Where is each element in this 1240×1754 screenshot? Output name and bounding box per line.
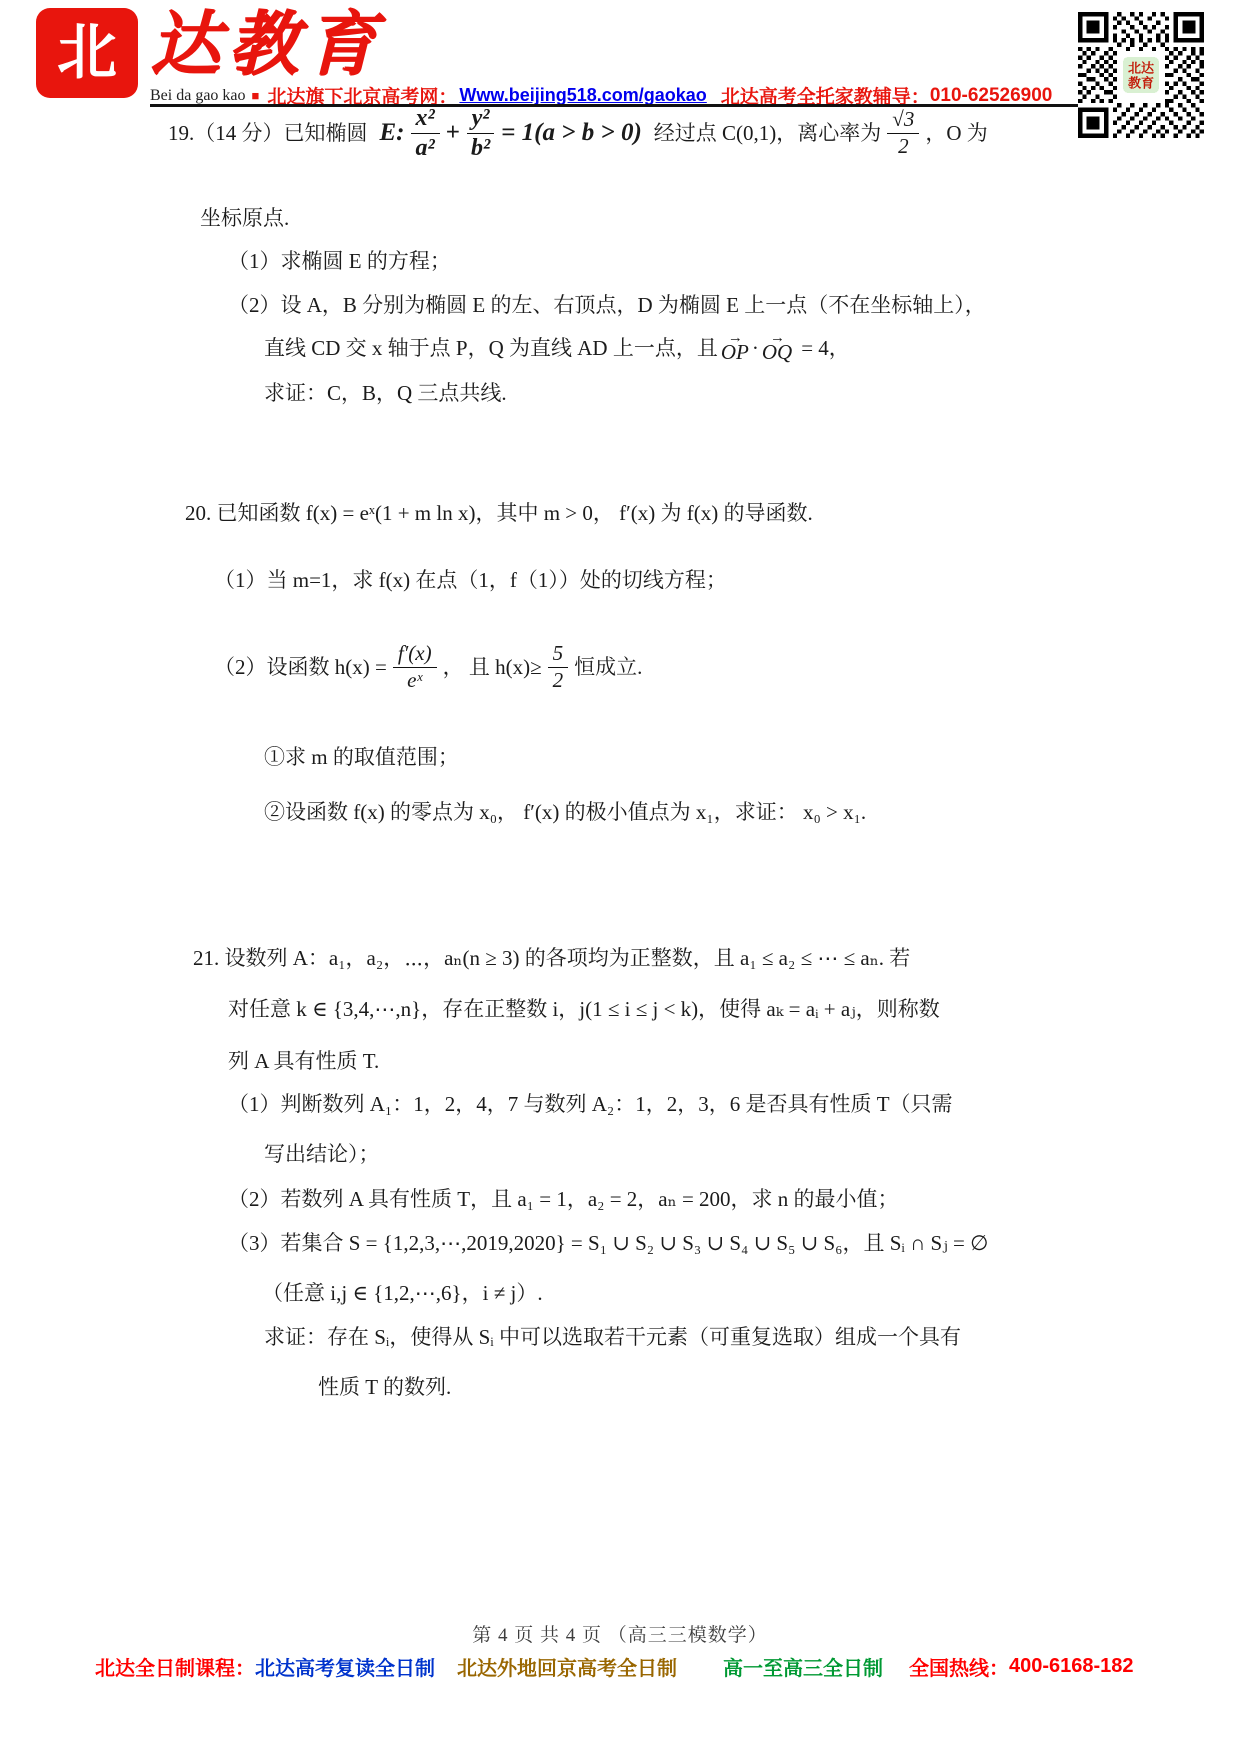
problem20-sub1: ①求 m 的取值范围； — [264, 742, 459, 772]
problem21-part3-line1: （3）若集合 S = {1,2,3,⋯,2019,2020} = S₁ ∪ S₂… — [228, 1228, 988, 1258]
p19-ellipse-label: E: — [380, 118, 405, 148]
problem21-part2: （2）若数列 A 具有性质 T，且 a₁ = 1，a₂ = 2，aₙ = 200… — [228, 1184, 899, 1214]
problem19-line2: 坐标原点. — [200, 203, 289, 233]
p19-equation-condition: = 1(a > b > 0) — [501, 118, 642, 148]
fraction-sqrt3-2: √3 2 — [887, 108, 919, 158]
p20-part2-text-c: 恒成立. — [574, 652, 642, 682]
page-number-info: 第 4 页 共 4 页 （高三三模数学） — [0, 1620, 1240, 1647]
problem21-part3-line3: 求证：存在 Sᵢ，使得从 Sᵢ 中可以选取若干元素（可重复选取）组成一个具有 — [264, 1322, 961, 1352]
program-fulltime-repeat: 北达高考复读全日制 — [255, 1652, 435, 1681]
qr-code-graphic: 北达 教育 — [1078, 12, 1204, 138]
fraction-fprime-ex: f′(x) eˣ — [393, 642, 437, 692]
brand-calligraphy: 达教育 — [150, 0, 384, 92]
vector-arrow-icon: → — [721, 323, 749, 353]
problem21-part3-line2: （任意 i,j ∈ {1,2,⋯,6}，i ≠ j）. — [262, 1278, 543, 1308]
problem19-part1: （1）求椭圆 E 的方程； — [228, 246, 451, 276]
problem21-line1: 21. 设数列 A：a₁，a₂，⋯，aₙ(n ≥ 3) 的各项均为正整数，且 a… — [193, 943, 910, 973]
problem21-part1-line2: 写出结论）； — [264, 1139, 380, 1169]
problem21-line3: 列 A 具有性质 T. — [228, 1046, 379, 1076]
p20-part2-text-b: ， 且 h(x)≥ — [443, 652, 542, 682]
vector-OP: → OP — [721, 329, 749, 367]
problem19-part2-line3: 求证：C，B，Q 三点共线. — [264, 378, 507, 408]
vector-arrow-icon: → — [762, 323, 792, 353]
qr-badge-text-2: 教育 — [1127, 76, 1154, 91]
problem19-line1: 19.（14 分）已知椭圆 E: x² a² + y² b² = 1(a > b… — [168, 100, 988, 166]
program-label: 北达全日制课程： — [95, 1652, 255, 1681]
exam-page: 北 达教育 Bei da gao kao ■ 北达旗下北京高考网： Www.be… — [0, 0, 1240, 1754]
problem20-sub2: ②设函数 f(x) 的零点为 x₀， f′(x) 的极小值点为 x₁，求证： x… — [264, 797, 866, 827]
problem21-part3-line4: 性质 T 的数列. — [318, 1372, 451, 1402]
hotline-number: 400-6168-182 — [1009, 1655, 1134, 1678]
problem19-part2-line2: 直线 CD 交 x 轴于点 P，Q 为直线 AD 上一点，且 → OP · → … — [264, 330, 850, 366]
problem20-line1: 20. 已知函数 f(x) = eˣ(1 + m ln x)，其中 m > 0，… — [185, 498, 813, 528]
qr-code: 北达 教育 — [1078, 12, 1204, 138]
qr-badge-text-1: 北达 — [1128, 60, 1154, 75]
program-grade1-3: 高一至高三全日制 — [723, 1652, 883, 1681]
seal-character: 北 — [57, 23, 117, 83]
problem20-part1: （1）当 m=1，求 f(x) 在点（1，f（1））处的切线方程； — [214, 565, 727, 595]
program-return-beijing: 北达外地回京高考全日制 — [457, 1652, 677, 1681]
p19-intro2: 经过点 C(0,1)，离心率为 — [654, 118, 882, 148]
p19-dot-operator: · — [752, 333, 759, 363]
p19-intro3: ，O 为 — [925, 118, 987, 148]
p19-intro: 19.（14 分）已知椭圆 — [168, 118, 368, 148]
p19-plus-sign: + — [446, 118, 460, 148]
p20-part2-text-a: （2）设函数 h(x) = — [214, 652, 387, 682]
fraction-x2-a2: x² a² — [411, 105, 440, 162]
problem19-part2-line1: （2）设 A，B 分别为椭圆 E 的左、右顶点，D 为椭圆 E 上一点（不在坐标… — [228, 290, 986, 320]
hotline-label: 全国热线： — [909, 1652, 1009, 1681]
footer-promo-bar: 北达全日制课程： 北达高考复读全日制 北达外地回京高考全日制 高一至高三全日制 … — [95, 1652, 1134, 1681]
fraction-y2-b2: y² b² — [466, 105, 495, 162]
fraction-5-2: 5 2 — [548, 642, 569, 692]
p19-part2-equals: = 4， — [801, 333, 850, 363]
vector-OQ: → OQ — [762, 329, 792, 367]
problem21-line2: 对任意 k ∈ {3,4,⋯,n}，存在正整数 i，j(1 ≤ i ≤ j < … — [228, 994, 940, 1024]
problem21-part1-line1: （1）判断数列 A₁：1，2，4，7 与数列 A₂：1，2，3，6 是否具有性质… — [228, 1089, 953, 1119]
beida-seal-logo: 北 — [38, 10, 136, 96]
p19-part2-text: 直线 CD 交 x 轴于点 P，Q 为直线 AD 上一点，且 — [264, 333, 718, 363]
problem20-part2: （2）设函数 h(x) = f′(x) eˣ ， 且 h(x)≥ 5 2 恒成立… — [214, 632, 642, 702]
